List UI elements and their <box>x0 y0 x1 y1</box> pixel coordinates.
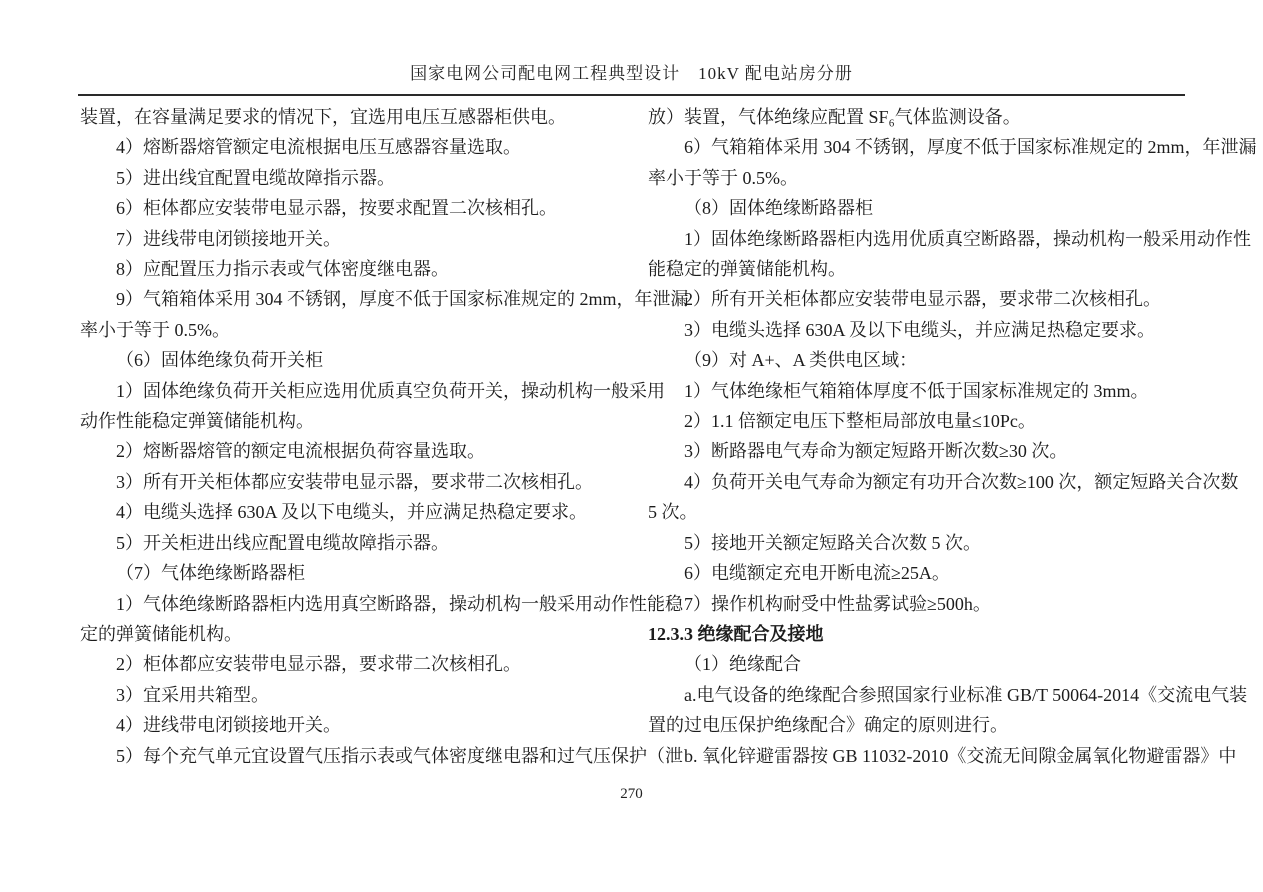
page-number: 270 <box>78 786 1185 803</box>
page-body: 装置，在容量满足要求的情况下，宜选用电压互感器柜供电。4）熔断器熔管额定电流根据… <box>80 102 1186 771</box>
text-line: 2）1.1 倍额定电压下整柜局部放电量≤10Pc。 <box>648 406 1186 436</box>
page-header-title: 国家电网公司配电网工程典型设计 10kV 配电站房分册 <box>78 59 1185 84</box>
text-line: 能稳定的弹簧储能机构。 <box>648 254 1186 284</box>
text-line: 1）固体绝缘负荷开关柜应选用优质真空负荷开关，操动机构一般采用 <box>80 376 638 406</box>
text-line: 2）所有开关柜体都应安装带电显示器，要求带二次核相孔。 <box>648 284 1186 314</box>
section-heading: 12.3.3 绝缘配合及接地 <box>648 619 1186 649</box>
text-line: （9）对 A+、A 类供电区域： <box>648 345 1186 375</box>
text-line: 1）固体绝缘断路器柜内选用优质真空断路器，操动机构一般采用动作性 <box>648 224 1186 254</box>
text-line: 6）气箱箱体采用 304 不锈钢，厚度不低于国家标准规定的 2mm，年泄漏 <box>648 132 1186 162</box>
text-line: 9）气箱箱体采用 304 不锈钢，厚度不低于国家标准规定的 2mm，年泄漏 <box>80 284 638 314</box>
text-line: 3）所有开关柜体都应安装带电显示器，要求带二次核相孔。 <box>80 467 638 497</box>
text-line: （8）固体绝缘断路器柜 <box>648 193 1186 223</box>
text-line: 率小于等于 0.5%。 <box>80 315 638 345</box>
text-line: 2）熔断器熔管的额定电流根据负荷容量选取。 <box>80 436 638 466</box>
text-line: 3）断路器电气寿命为额定短路开断次数≥30 次。 <box>648 436 1186 466</box>
text-line: 率小于等于 0.5%。 <box>648 163 1186 193</box>
text-column-left: 装置，在容量满足要求的情况下，宜选用电压互感器柜供电。4）熔断器熔管额定电流根据… <box>80 102 638 771</box>
text-line: 6）电缆额定充电开断电流≥25A。 <box>648 558 1186 588</box>
text-line: 放）装置，气体绝缘应配置 SF₆气体监测设备。 <box>648 102 1186 132</box>
text-line: 7）进线带电闭锁接地开关。 <box>80 224 638 254</box>
text-line: 装置，在容量满足要求的情况下，宜选用电压互感器柜供电。 <box>80 102 638 132</box>
text-line: 4）进线带电闭锁接地开关。 <box>80 710 638 740</box>
text-column-right: 放）装置，气体绝缘应配置 SF₆气体监测设备。6）气箱箱体采用 304 不锈钢，… <box>648 102 1186 771</box>
text-line: 7）操作机构耐受中性盐雾试验≥500h。 <box>648 589 1186 619</box>
text-line: 动作性能稳定弹簧储能机构。 <box>80 406 638 436</box>
text-line: 1）气体绝缘断路器柜内选用真空断路器，操动机构一般采用动作性能稳 <box>80 589 638 619</box>
text-line: 5 次。 <box>648 497 1186 527</box>
text-line: 3）宜采用共箱型。 <box>80 680 638 710</box>
text-line: 2）柜体都应安装带电显示器，要求带二次核相孔。 <box>80 649 638 679</box>
text-line: 5）每个充气单元宜设置气压指示表或气体密度继电器和过气压保护（泄 <box>80 741 638 771</box>
text-line: 4）负荷开关电气寿命为额定有功开合次数≥100 次，额定短路关合次数 <box>648 467 1186 497</box>
text-line: 5）开关柜进出线应配置电缆故障指示器。 <box>80 528 638 558</box>
text-line: 3）电缆头选择 630A 及以下电缆头，并应满足热稳定要求。 <box>648 315 1186 345</box>
text-line: 5）接地开关额定短路关合次数 5 次。 <box>648 528 1186 558</box>
text-line: 8）应配置压力指示表或气体密度继电器。 <box>80 254 638 284</box>
text-line: 4）熔断器熔管额定电流根据电压互感器容量选取。 <box>80 132 638 162</box>
text-line: 置的过电压保护绝缘配合》确定的原则进行。 <box>648 710 1186 740</box>
document-page: 国家电网公司配电网工程典型设计 10kV 配电站房分册 装置，在容量满足要求的情… <box>0 0 1263 892</box>
text-line: （6）固体绝缘负荷开关柜 <box>80 345 638 375</box>
text-line: 定的弹簧储能机构。 <box>80 619 638 649</box>
text-line: 6）柜体都应安装带电显示器，按要求配置二次核相孔。 <box>80 193 638 223</box>
text-line: （7）气体绝缘断路器柜 <box>80 558 638 588</box>
text-line: 4）电缆头选择 630A 及以下电缆头，并应满足热稳定要求。 <box>80 497 638 527</box>
header-divider <box>78 94 1185 96</box>
text-line: （1）绝缘配合 <box>648 649 1186 679</box>
text-line: 5）进出线宜配置电缆故障指示器。 <box>80 163 638 193</box>
text-line: b. 氧化锌避雷器按 GB 11032-2010《交流无间隙金属氧化物避雷器》中 <box>648 741 1186 771</box>
text-line: a.电气设备的绝缘配合参照国家行业标准 GB/T 50064-2014《交流电气… <box>648 680 1186 710</box>
text-line: 1）气体绝缘柜气箱箱体厚度不低于国家标准规定的 3mm。 <box>648 376 1186 406</box>
